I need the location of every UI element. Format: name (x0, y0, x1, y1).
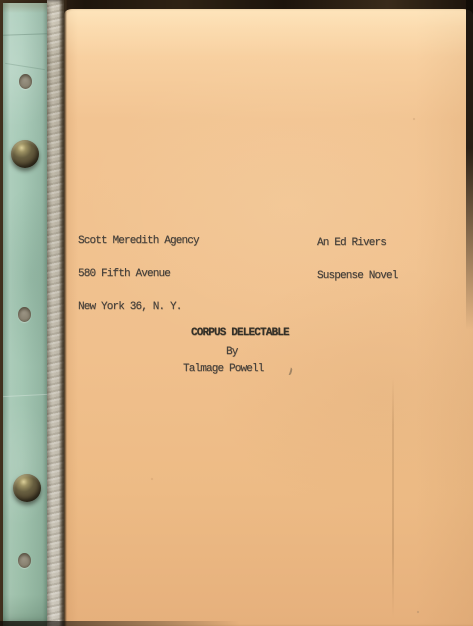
stray-ink-mark (285, 366, 293, 375)
agency-address-block: Scott Meredith Agency 580 Fifth Avenue N… (78, 214, 199, 335)
cover-crease (5, 63, 45, 70)
byline: By (226, 347, 238, 358)
book-title: CORPUS DELECTABLE (191, 328, 289, 339)
punch-hole (18, 307, 31, 322)
sheet-right-edge-shadow (466, 0, 473, 330)
paper-crease (392, 377, 394, 618)
series-note-line1: An Ed Rivers (317, 238, 398, 249)
series-note-block: An Ed Rivers Suspense Novel (317, 216, 398, 304)
punch-hole (19, 74, 32, 89)
agency-name: Scott Meredith Agency (78, 236, 199, 247)
series-note-line2: Suspense Novel (317, 271, 398, 282)
cover-crease (3, 394, 47, 397)
cover-crease (3, 33, 47, 36)
binding-gutter-shadow (59, 0, 67, 626)
bottom-edge-shadow (0, 621, 240, 626)
brass-fastener (11, 140, 39, 168)
manuscript-photo: Scott Meredith Agency 580 Fifth Avenue N… (0, 0, 473, 626)
title-page-sheet: Scott Meredith Agency 580 Fifth Avenue N… (64, 9, 473, 626)
agency-address-line1: 580 Fifth Avenue (78, 269, 199, 280)
brass-fastener (13, 474, 41, 502)
author-name: Talmage Powell (183, 364, 264, 375)
punch-hole (18, 553, 31, 568)
agency-address-line2: New York 36, N. Y. (78, 302, 199, 313)
